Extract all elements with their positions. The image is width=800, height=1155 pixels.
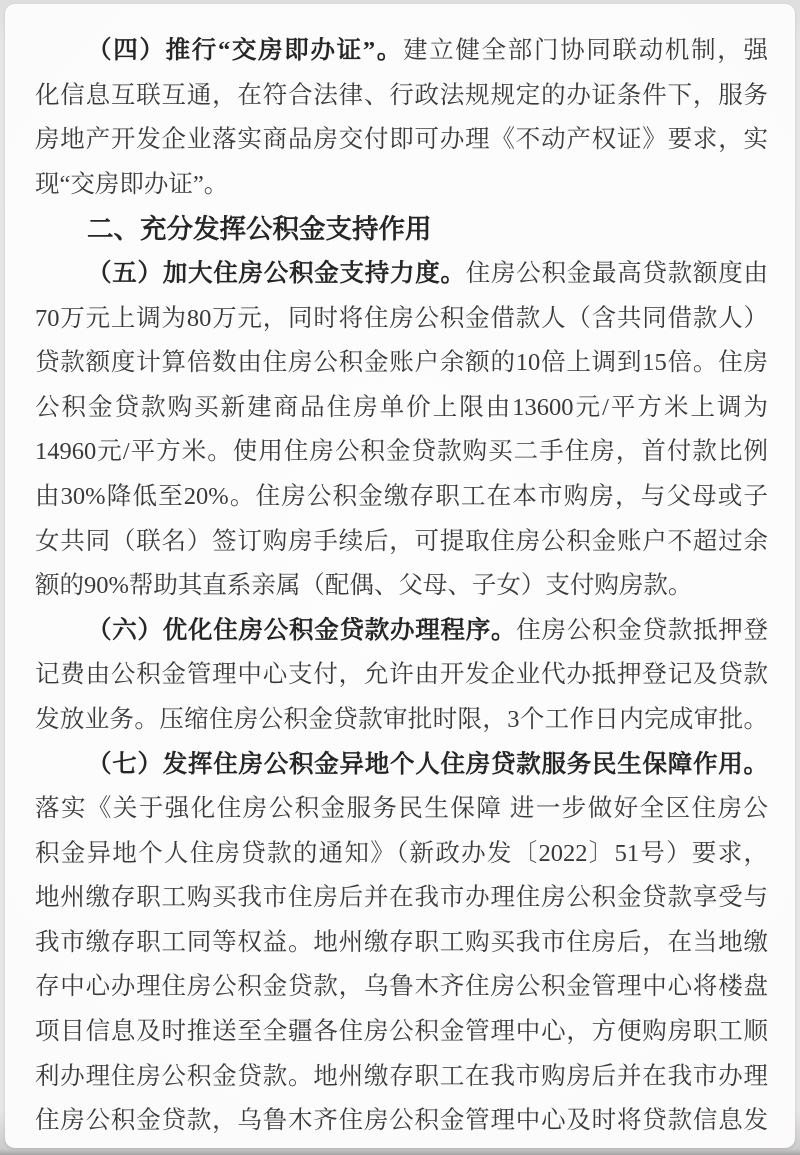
text-line: 我市缴存职工同等权益。地州缴存职工购买我市住房后，在当地缴 (35, 921, 768, 966)
text-line: 14960元/平方米。使用住房公积金贷款购买二手住房，首付款比例 (35, 430, 768, 475)
text-line: 贷款额度计算倍数由住房公积金账户余额的10倍上调到15倍。住房 (35, 341, 768, 386)
text-line: 70万元上调为80万元，同时将住房公积金借款人（含共同借款人） (35, 297, 768, 342)
text-line: 女共同（联名）签订购房手续后，可提取住房公积金账户不超过余 (35, 520, 768, 565)
text-line: 发放业务。压缩住房公积金贷款审批时限，3个工作日内完成审批。 (35, 698, 768, 743)
body-text: 贷款额度计算倍数由住房公积金账户余额的10倍上调到15倍。住房 (35, 349, 768, 376)
paragraph-lead-text: 二、充分发挥公积金支持作用 (87, 214, 432, 244)
body-text: 项目信息及时推送至全疆各住房公积金管理中心，方便购房职工顺 (35, 1018, 768, 1045)
body-text: 女共同（联名）签订购房手续后，可提取住房公积金账户不超过余 (35, 528, 768, 555)
body-text: 公积金贷款购买新建商品住房单价上限由13600元/平方米上调为 (35, 394, 768, 421)
body-text: 积金异地个人住房贷款的通知》（新政办发〔2022〕51号）要求， (35, 840, 768, 867)
text-line: 存中心办理住房公积金贷款，乌鲁木齐住房公积金管理中心将楼盘 (35, 965, 768, 1010)
text-line: 房地产开发企业落实商品房交付即可办理《不动产权证》要求，实 (35, 118, 768, 163)
paragraph-lead-text: （六）优化住房公积金贷款办理程序。 (87, 617, 516, 644)
text-line: （六）优化住房公积金贷款办理程序。住房公积金贷款抵押登 (35, 609, 768, 654)
text-line: 记费由公积金管理中心支付，允许由开发企业代办抵押登记及贷款 (35, 653, 768, 698)
text-line: 由30%降低至20%。住房公积金缴存职工在本市购房，与父母或子 (35, 475, 768, 520)
body-text: 住房公积金贷款抵押登 (516, 617, 768, 644)
paragraph-lead-text: （五）加大住房公积金支持力度。 (87, 260, 466, 287)
body-text: 发放业务。压缩住房公积金贷款审批时限，3个工作日内完成审批。 (35, 706, 768, 733)
body-text: 我市缴存职工同等权益。地州缴存职工购买我市住房后，在当地缴 (35, 929, 768, 956)
body-text: 住房公积金最高贷款额度由 (466, 260, 768, 287)
text-line: 地州缴存职工购买我市住房后并在我市办理住房公积金贷款享受与 (35, 876, 768, 921)
body-text: 14960元/平方米。使用住房公积金贷款购买二手住房，首付款比例 (35, 438, 768, 465)
screenshot-root: { "theme": { "canvas_background": "#e7e6… (0, 0, 800, 1155)
text-line: 额的90%帮助其直系亲属（配偶、父母、子女）支付购房款。 (35, 564, 768, 609)
text-line: （四）推行“交房即办证”。建立健全部门协同联动机制，强 (35, 29, 768, 74)
document-body: （四）推行“交房即办证”。建立健全部门协同联动机制，强化信息互联互通，在符合法律… (35, 29, 768, 1144)
section-heading: 二、充分发挥公积金支持作用 (35, 207, 768, 252)
text-line: 落实《关于强化住房公积金服务民生保障 进一步做好全区住房公 (35, 787, 768, 832)
body-text: 房地产开发企业落实商品房交付即可办理《不动产权证》要求，实 (35, 126, 768, 153)
body-text: 化信息互联互通，在符合法律、行政法规规定的办证条件下，服务 (35, 82, 768, 109)
body-text: 由30%降低至20%。住房公积金缴存职工在本市购房，与父母或子 (35, 483, 768, 510)
body-text: 额的90%帮助其直系亲属（配偶、父母、子女）支付购房款。 (35, 572, 692, 599)
text-line: （七）发挥住房公积金异地个人住房贷款服务民生保障作用。 (35, 743, 768, 788)
text-line: （五）加大住房公积金支持力度。住房公积金最高贷款额度由 (35, 252, 768, 297)
text-line: 化信息互联互通，在符合法律、行政法规规定的办证条件下，服务 (35, 74, 768, 119)
body-text: 记费由公积金管理中心支付，允许由开发企业代办抵押登记及贷款 (35, 661, 768, 688)
paragraph-lead-text: （七）发挥住房公积金异地个人住房贷款服务民生保障作用。 (87, 751, 768, 778)
text-line: 现“交房即办证”。 (35, 163, 768, 208)
text-line: 住房公积金贷款，乌鲁木齐住房公积金管理中心及时将贷款信息发 (35, 1099, 768, 1144)
text-line: 项目信息及时推送至全疆各住房公积金管理中心，方便购房职工顺 (35, 1010, 768, 1055)
body-text: 落实《关于强化住房公积金服务民生保障 进一步做好全区住房公 (35, 795, 768, 822)
document-page: （四）推行“交房即办证”。建立健全部门协同联动机制，强化信息互联互通，在符合法律… (5, 4, 795, 1148)
page-bottom-shade (0, 1149, 800, 1155)
body-text: 存中心办理住房公积金贷款，乌鲁木齐住房公积金管理中心将楼盘 (35, 973, 768, 1000)
body-text: 70万元上调为80万元，同时将住房公积金借款人（含共同借款人） (35, 305, 768, 332)
paragraph-lead-text: （四）推行“交房即办证”。 (87, 37, 403, 64)
text-line: 积金异地个人住房贷款的通知》（新政办发〔2022〕51号）要求， (35, 832, 768, 877)
body-text: 利办理住房公积金贷款。地州缴存职工在我市购房后并在我市办理 (35, 1063, 768, 1090)
body-text: 住房公积金贷款，乌鲁木齐住房公积金管理中心及时将贷款信息发 (35, 1107, 768, 1134)
body-text: 地州缴存职工购买我市住房后并在我市办理住房公积金贷款享受与 (35, 884, 768, 911)
body-text: 建立健全部门协同联动机制，强 (403, 37, 768, 64)
text-line: 利办理住房公积金贷款。地州缴存职工在我市购房后并在我市办理 (35, 1055, 768, 1100)
body-text: 现“交房即办证”。 (35, 171, 228, 198)
text-line: 公积金贷款购买新建商品住房单价上限由13600元/平方米上调为 (35, 386, 768, 431)
